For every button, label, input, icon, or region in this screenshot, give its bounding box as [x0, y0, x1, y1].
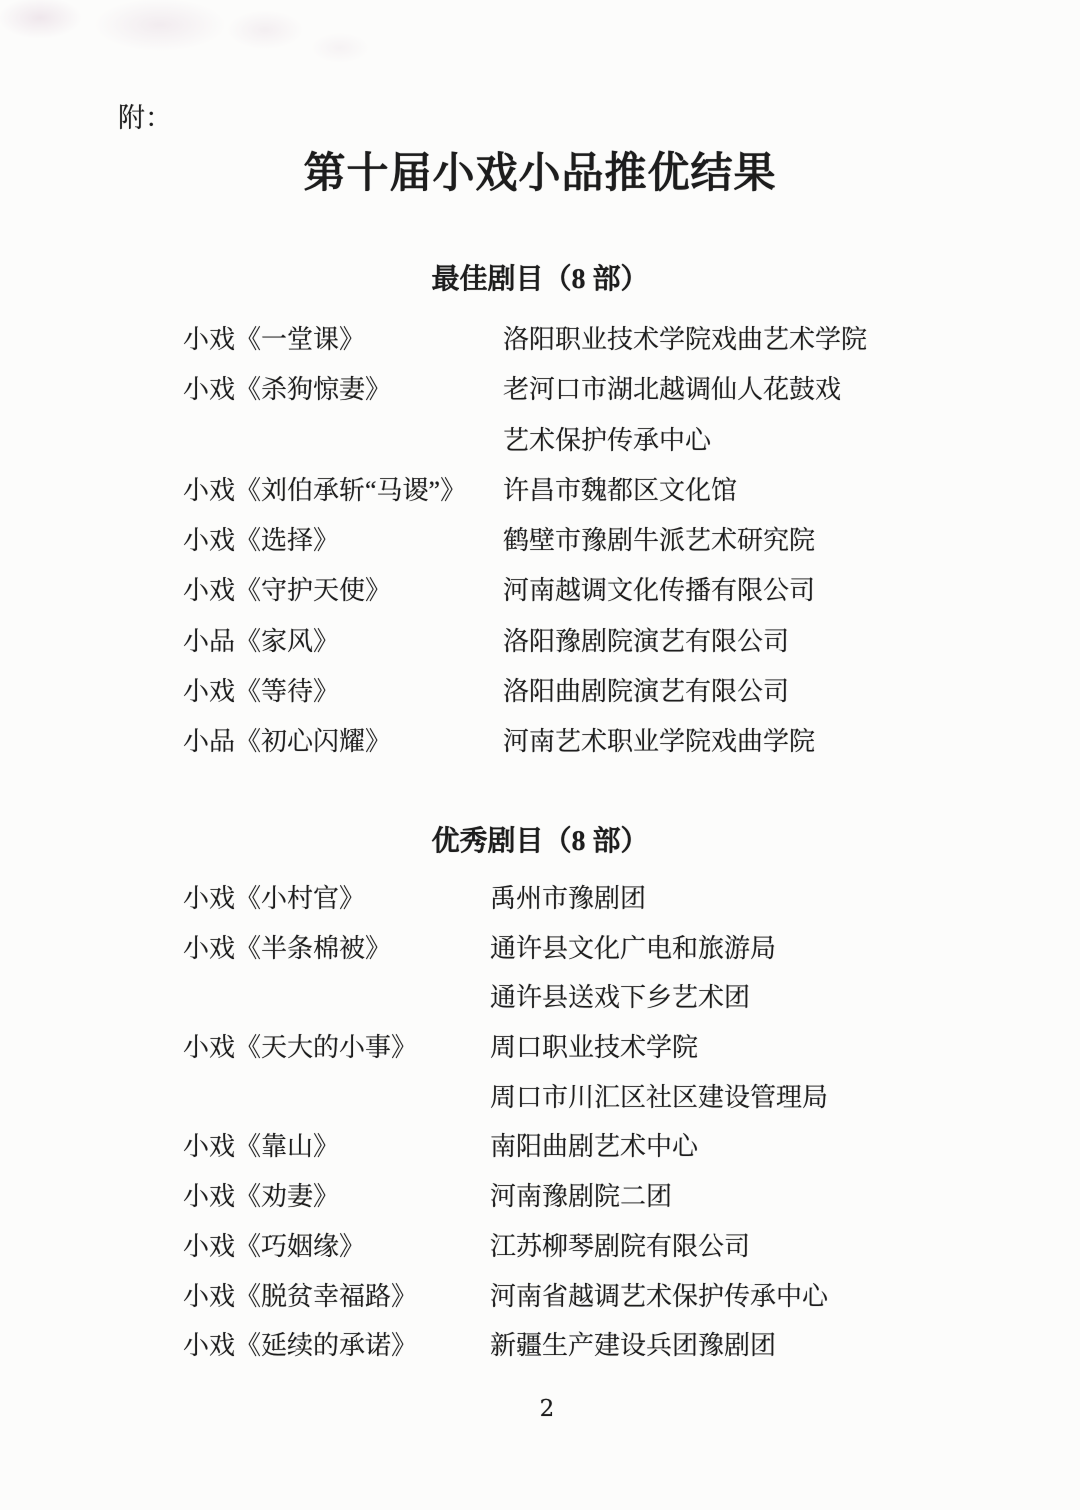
work-title: 小戏《巧姻缘》	[183, 1222, 365, 1272]
work-title: 小戏《杀狗惊妻》	[183, 365, 391, 415]
work-title: 小戏《天大的小事》	[183, 1023, 417, 1073]
organization: 河南越调文化传播有限公司	[503, 566, 815, 616]
list-row: 小戏《小村官》 禹州市豫剧团	[183, 874, 1040, 924]
list-row: 小戏《脱贫幸福路》 河南省越调艺术保护传承中心	[183, 1272, 1040, 1322]
list-row: 小戏《延续的承诺》 新疆生产建设兵团豫剧团	[183, 1321, 1040, 1371]
list-row-continuation: 艺术保护传承中心	[183, 416, 1040, 466]
organization: 南阳曲剧艺术中心	[490, 1122, 698, 1172]
work-title: 小品《初心闪耀》	[183, 717, 391, 767]
organization: 洛阳职业技术学院戏曲艺术学院	[503, 315, 867, 365]
work-title: 小戏《选择》	[183, 516, 339, 566]
list-row: 小戏《守护天使》 河南越调文化传播有限公司	[183, 566, 1040, 616]
best-plays-list: 小戏《一堂课》 洛阳职业技术学院戏曲艺术学院 小戏《杀狗惊妻》 老河口市湖北越调…	[183, 315, 1040, 768]
organization: 洛阳曲剧院演艺有限公司	[503, 667, 789, 717]
organization: 许昌市魏都区文化馆	[503, 466, 737, 516]
organization: 周口市川汇区社区建设管理局	[490, 1073, 828, 1123]
organization: 通许县文化广电和旅游局	[490, 924, 776, 974]
list-row: 小戏《劝妻》 河南豫剧院二团	[183, 1172, 1040, 1222]
organization: 老河口市湖北越调仙人花鼓戏	[503, 365, 841, 415]
organization: 通许县送戏下乡艺术团	[490, 973, 750, 1023]
work-title: 小戏《延续的承诺》	[183, 1321, 417, 1371]
organization: 禹州市豫剧团	[490, 874, 646, 924]
scan-artifact	[0, 0, 430, 80]
organization: 河南省越调艺术保护传承中心	[490, 1272, 828, 1322]
document-title: 第十届小戏小品推优结果	[0, 146, 1080, 202]
work-title: 小戏《刘伯承斩“马谡”》	[183, 466, 466, 516]
section-header-excellent-plays: 优秀剧目（8 部）	[0, 824, 1080, 860]
attachment-label: 附：	[118, 100, 172, 136]
organization: 洛阳豫剧院演艺有限公司	[503, 617, 789, 667]
organization: 鹤壁市豫剧牛派艺术研究院	[503, 516, 815, 566]
work-title: 小戏《靠山》	[183, 1122, 339, 1172]
organization: 艺术保护传承中心	[503, 416, 711, 466]
organization: 江苏柳琴剧院有限公司	[490, 1222, 750, 1272]
work-title: 小戏《半条棉被》	[183, 924, 391, 974]
list-row: 小戏《选择》 鹤壁市豫剧牛派艺术研究院	[183, 516, 1040, 566]
document-page: 附： 第十届小戏小品推优结果 最佳剧目（8 部） 小戏《一堂课》 洛阳职业技术学…	[0, 0, 1080, 1510]
list-row: 小戏《杀狗惊妻》 老河口市湖北越调仙人花鼓戏	[183, 365, 1040, 415]
work-title: 小戏《等待》	[183, 667, 339, 717]
list-row: 小戏《天大的小事》 周口职业技术学院	[183, 1023, 1040, 1073]
work-title: 小戏《守护天使》	[183, 566, 391, 616]
list-row: 小品《家风》 洛阳豫剧院演艺有限公司	[183, 617, 1040, 667]
excellent-plays-list: 小戏《小村官》 禹州市豫剧团 小戏《半条棉被》 通许县文化广电和旅游局 通许县送…	[183, 874, 1040, 1371]
work-title: 小戏《脱贫幸福路》	[183, 1272, 417, 1322]
list-row: 小戏《等待》 洛阳曲剧院演艺有限公司	[183, 667, 1040, 717]
list-row: 小戏《靠山》 南阳曲剧艺术中心	[183, 1122, 1040, 1172]
list-row-continuation: 周口市川汇区社区建设管理局	[183, 1073, 1040, 1123]
list-row: 小品《初心闪耀》 河南艺术职业学院戏曲学院	[183, 717, 1040, 767]
organization: 周口职业技术学院	[490, 1023, 698, 1073]
list-row-continuation: 通许县送戏下乡艺术团	[183, 973, 1040, 1023]
work-title: 小戏《一堂课》	[183, 315, 365, 365]
list-row: 小戏《刘伯承斩“马谡”》 许昌市魏都区文化馆	[183, 466, 1040, 516]
organization: 河南艺术职业学院戏曲学院	[503, 717, 815, 767]
work-title: 小戏《劝妻》	[183, 1172, 339, 1222]
section-header-best-plays: 最佳剧目（8 部）	[0, 262, 1080, 298]
list-row: 小戏《一堂课》 洛阳职业技术学院戏曲艺术学院	[183, 315, 1040, 365]
list-row: 小戏《半条棉被》 通许县文化广电和旅游局	[183, 924, 1040, 974]
work-title: 小品《家风》	[183, 617, 339, 667]
organization: 河南豫剧院二团	[490, 1172, 672, 1222]
page-number: 2	[0, 1396, 1080, 1422]
organization: 新疆生产建设兵团豫剧团	[490, 1321, 776, 1371]
list-row: 小戏《巧姻缘》 江苏柳琴剧院有限公司	[183, 1222, 1040, 1272]
work-title: 小戏《小村官》	[183, 874, 365, 924]
